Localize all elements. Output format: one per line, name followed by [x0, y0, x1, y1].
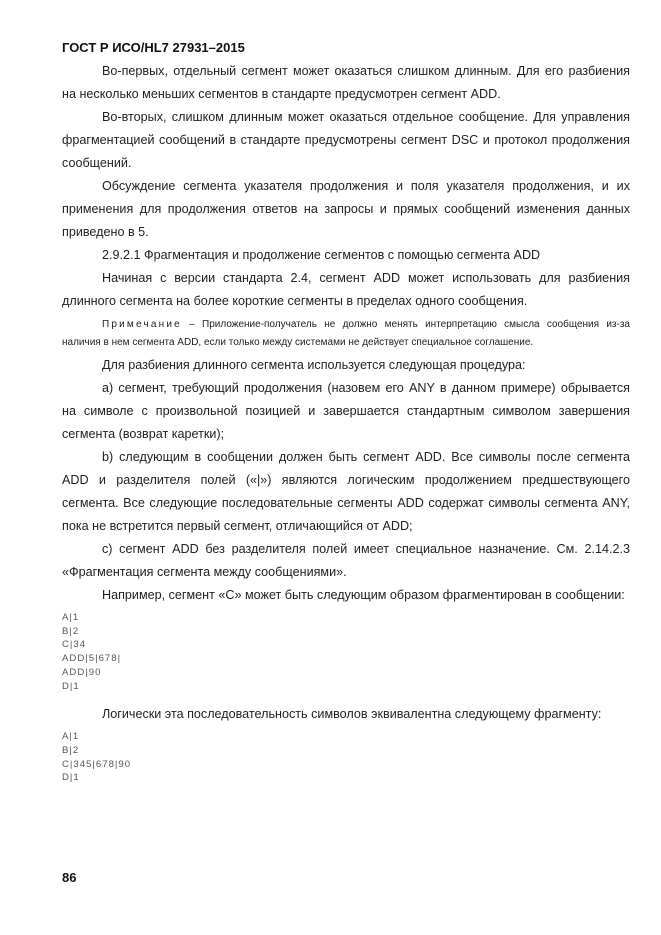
paragraph: Логически эта последовательность символо… — [62, 703, 630, 726]
code-line: B|2 — [62, 625, 630, 639]
paragraph: Во-вторых, слишком длинным может оказать… — [62, 106, 630, 175]
code-line: ADD|5|678| — [62, 652, 630, 666]
code-line: B|2 — [62, 744, 630, 758]
code-line: C|345|678|90 — [62, 758, 630, 772]
note: Примечание – Приложение-получатель не до… — [62, 316, 630, 352]
paragraph: Начиная с версии стандарта 2.4, сегмент … — [62, 267, 630, 313]
document-body: Во-первых, отдельный сегмент может оказа… — [62, 60, 630, 795]
code-line: A|1 — [62, 730, 630, 744]
paragraph: Во-первых, отдельный сегмент может оказа… — [62, 60, 630, 106]
code-line: D|1 — [62, 771, 630, 785]
list-item-b: b) следующим в сообщении должен быть сег… — [62, 446, 630, 538]
section-heading: 2.9.2.1 Фрагментация и продолжение сегме… — [62, 244, 630, 267]
code-example-fragmented: A|1 B|2 C|34 ADD|5|678| ADD|90 D|1 — [62, 611, 630, 693]
note-label: Примечание — [102, 319, 182, 330]
code-line: D|1 — [62, 680, 630, 694]
paragraph: Для разбиения длинного сегмента использу… — [62, 354, 630, 377]
paragraph: Обсуждение сегмента указателя продолжени… — [62, 175, 630, 244]
code-line: A|1 — [62, 611, 630, 625]
list-item-c: c) сегмент ADD без разделителя полей име… — [62, 538, 630, 584]
paragraph: Например, сегмент «C» может быть следующ… — [62, 584, 630, 607]
document-page: ГОСТ Р ИСО/HL7 27931–2015 Во-первых, отд… — [0, 0, 661, 935]
document-header-title: ГОСТ Р ИСО/HL7 27931–2015 — [62, 40, 245, 55]
code-example-equivalent: A|1 B|2 C|345|678|90 D|1 — [62, 730, 630, 785]
list-item-a: a) сегмент, требующий продолжения (назов… — [62, 377, 630, 446]
code-line: ADD|90 — [62, 666, 630, 680]
code-line: C|34 — [62, 638, 630, 652]
page-number: 86 — [62, 870, 76, 885]
